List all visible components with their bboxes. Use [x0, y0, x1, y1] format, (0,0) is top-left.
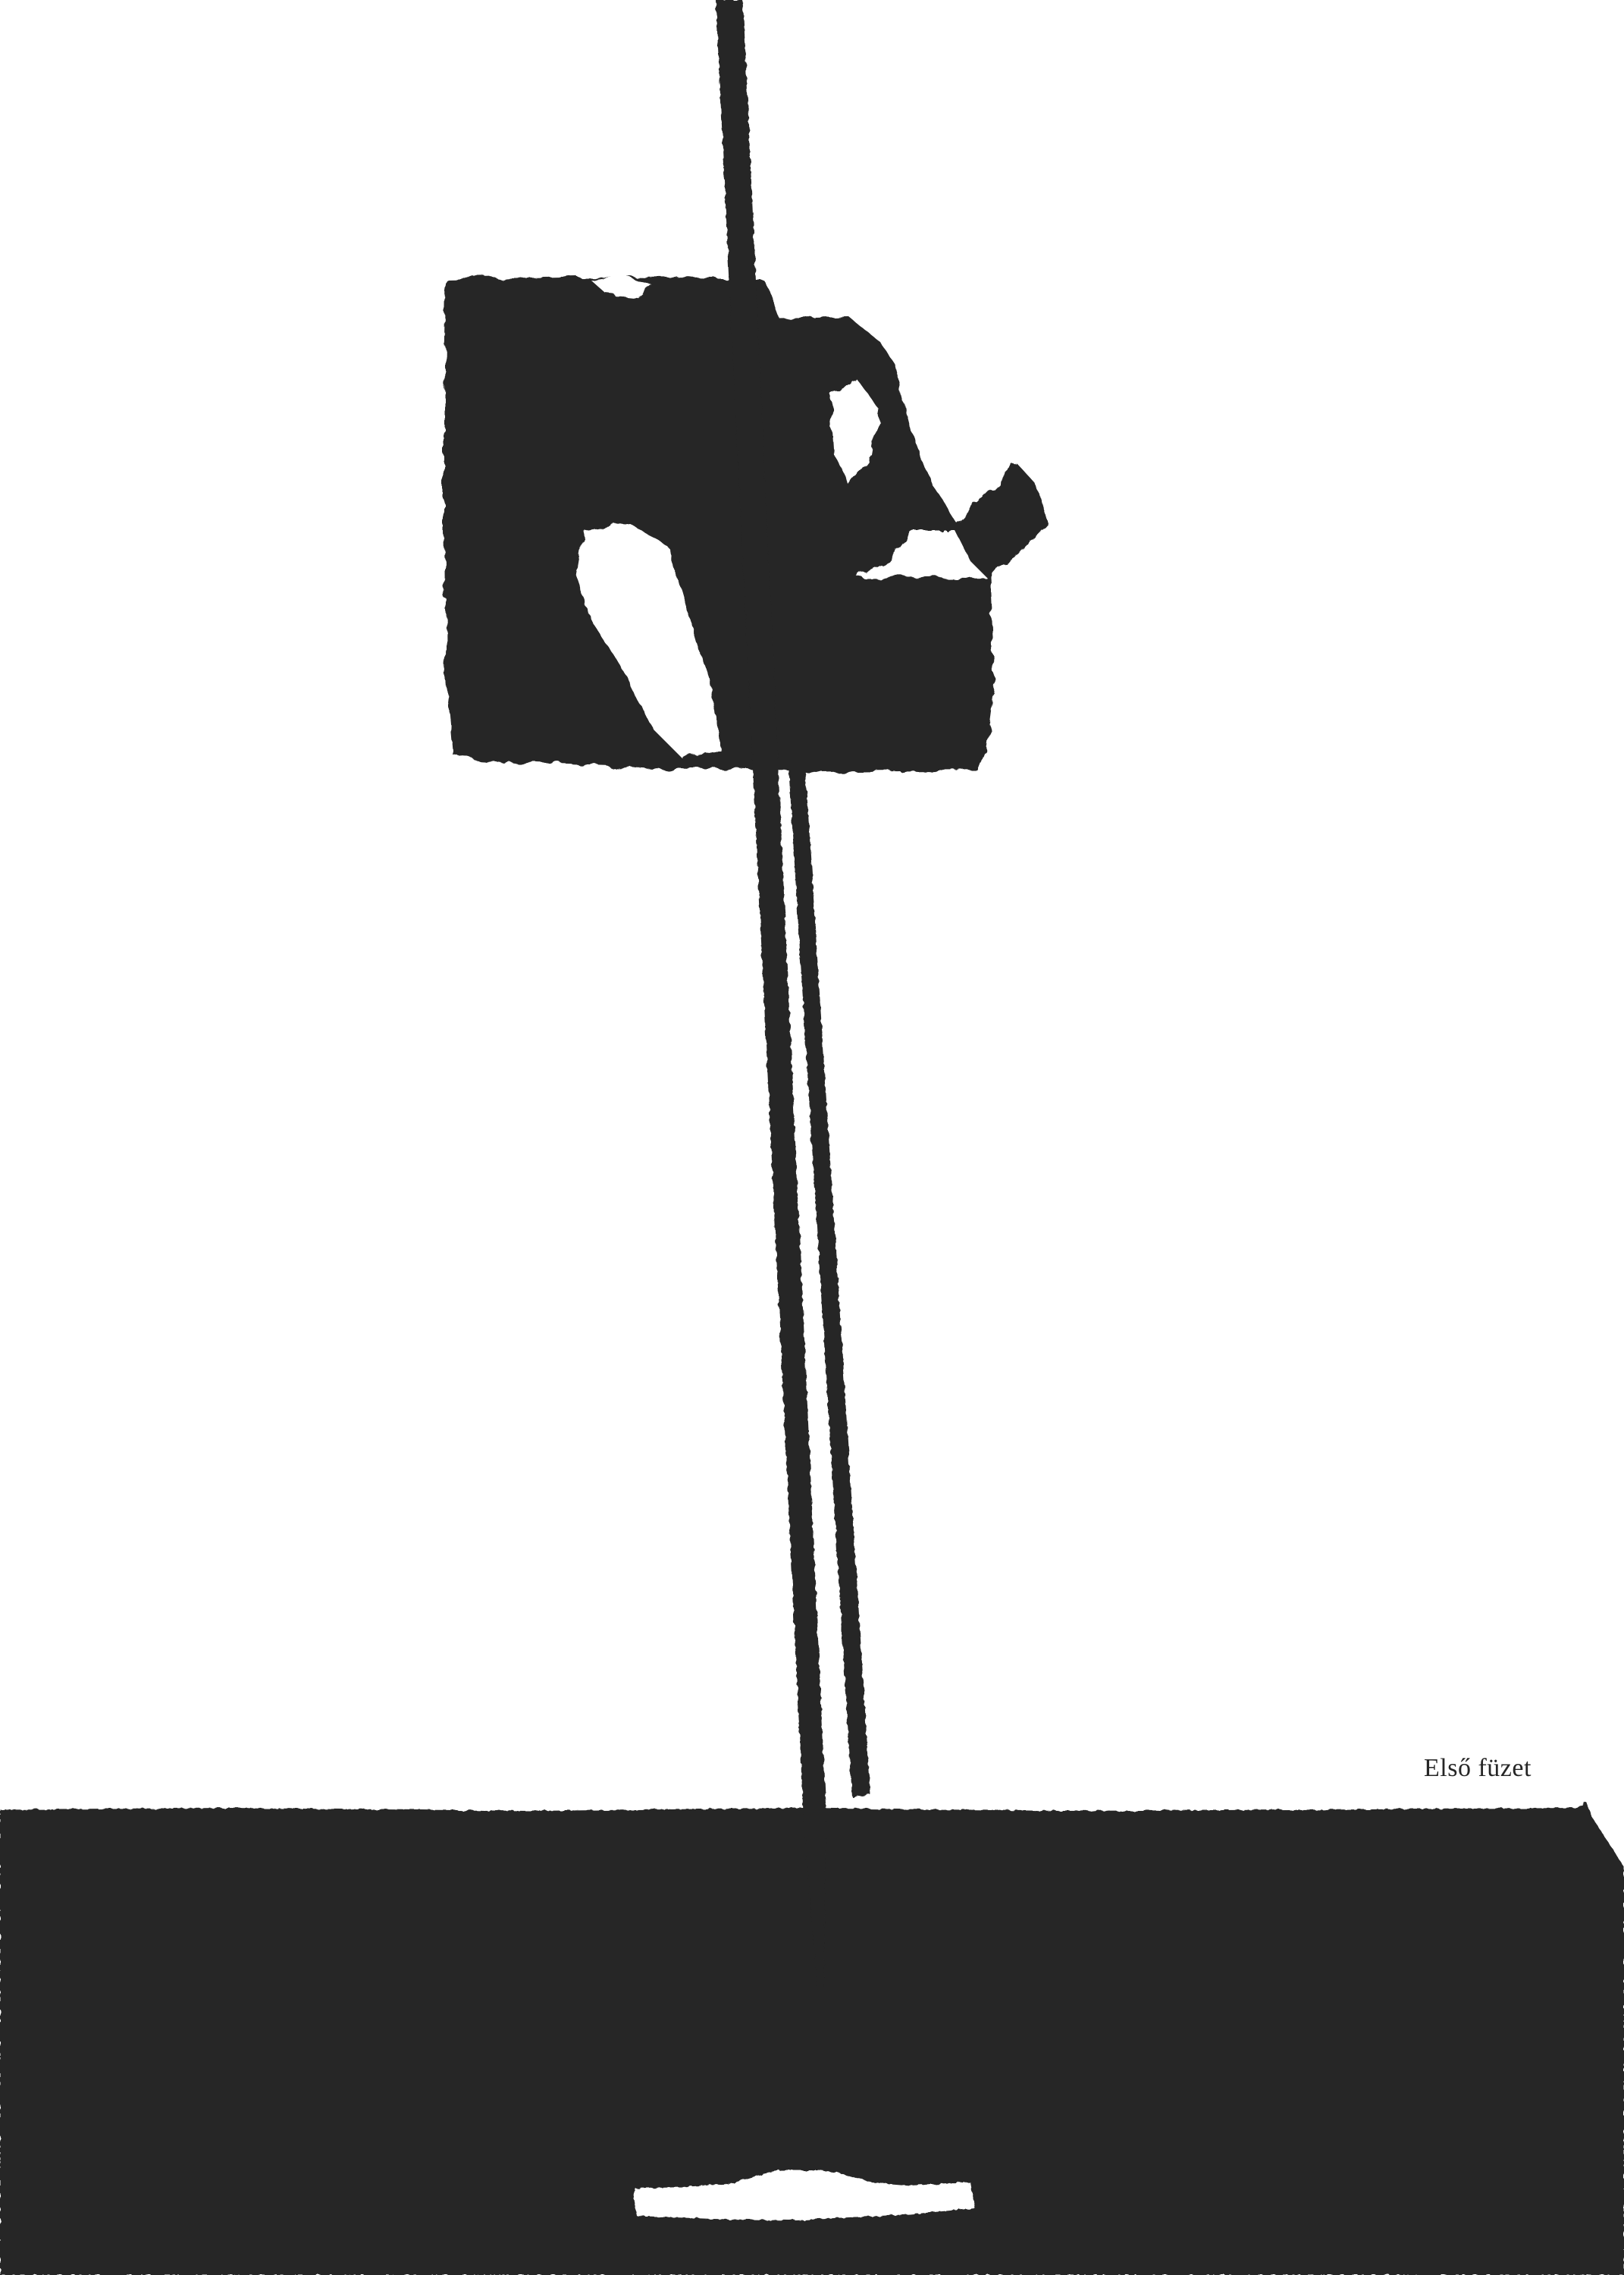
cover-artwork: [0, 0, 1624, 2275]
booklet-subtitle: Első füzet: [1424, 1754, 1532, 1783]
cover-page: Első füzet: [0, 0, 1624, 2275]
